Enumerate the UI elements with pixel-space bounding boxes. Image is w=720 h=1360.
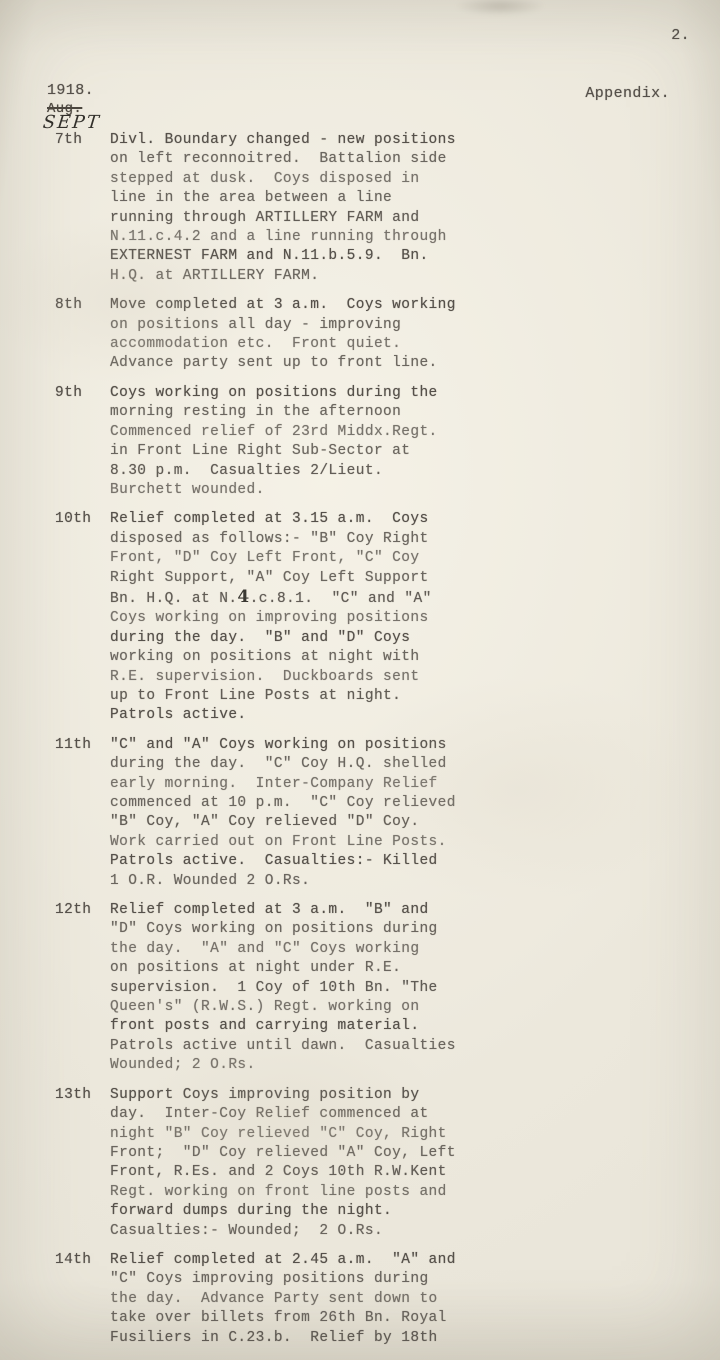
entry-line: during the day. "B" and "D" Coys xyxy=(110,629,530,648)
entry-body: Relief completed at 3 a.m. "B" and"D" Co… xyxy=(110,901,530,1076)
entry-line: Wounded; 2 O.Rs. xyxy=(110,1056,530,1075)
year-label: 1918. xyxy=(47,82,94,99)
entry-line: Queen's" (R.W.S.) Regt. working on xyxy=(110,998,530,1017)
entry-line: "C" Coys improving positions during xyxy=(110,1270,530,1289)
entry-body: Support Coys improving position byday. I… xyxy=(110,1086,530,1241)
entry-line: Regt. working on front line posts and xyxy=(110,1183,530,1202)
entry-line: disposed as follows:- "B" Coy Right xyxy=(110,530,530,549)
entry-line: supervision. 1 Coy of 10th Bn. "The xyxy=(110,979,530,998)
entry-line: H.Q. at ARTILLERY FARM. xyxy=(110,267,530,286)
typed-segment: Bn. H.Q. at N. xyxy=(110,591,237,607)
entry-line: Casualties:- Wounded; 2 O.Rs. xyxy=(110,1222,530,1241)
entry-line: Commenced relief of 23rd Middx.Regt. xyxy=(110,423,530,442)
entry-line: Coys working on improving positions xyxy=(110,609,530,628)
entry-body: Relief completed at 3.15 a.m. Coysdispos… xyxy=(110,510,530,725)
entry-line: take over billets from 26th Bn. Royal xyxy=(110,1309,530,1328)
entry-line: Front; "D" Coy relieved "A" Coy, Left xyxy=(110,1144,530,1163)
entry-line: Patrols active. xyxy=(110,706,530,725)
entry-line: on positions at night under R.E. xyxy=(110,959,530,978)
entry-line: 1 O.R. Wounded 2 O.Rs. xyxy=(110,872,530,891)
entry-line: early morning. Inter-Company Relief xyxy=(110,775,530,794)
entry-line: "C" and "A" Coys working on positions xyxy=(110,736,530,755)
entry-line: working on positions at night with xyxy=(110,648,530,667)
entry-line: commenced at 10 p.m. "C" Coy relieved xyxy=(110,794,530,813)
entry-line: Relief completed at 2.45 a.m. "A" and xyxy=(110,1251,530,1270)
diary-entries: 7th Divl. Boundary changed - new positio… xyxy=(0,131,720,1358)
entry-line: Advance party sent up to front line. xyxy=(110,354,530,373)
entry-body: Coys working on positions during themorn… xyxy=(110,384,530,500)
entry-line: R.E. supervision. Duckboards sent xyxy=(110,668,530,687)
diary-entry: 10th Relief completed at 3.15 a.m. Coysd… xyxy=(0,510,720,725)
entry-body: "C" and "A" Coys working on positionsdur… xyxy=(110,736,530,891)
entry-line: 8.30 p.m. Casualties 2/Lieut. xyxy=(110,462,530,481)
entry-line: Front, R.Es. and 2 Coys 10th R.W.Kent xyxy=(110,1163,530,1182)
diary-entry: 13th Support Coys improving position byd… xyxy=(0,1086,720,1241)
entry-line: during the day. "C" Coy H.Q. shelled xyxy=(110,755,530,774)
entry-line: on positions all day - improving xyxy=(110,316,530,335)
entry-date: 11th xyxy=(0,736,110,755)
handwritten-correction: 4 xyxy=(237,587,249,607)
diary-entry: 14th Relief completed at 2.45 a.m. "A" a… xyxy=(0,1251,720,1348)
entry-line: "B" Coy, "A" Coy relieved "D" Coy. xyxy=(110,813,530,832)
entry-line: EXTERNEST FARM and N.11.b.5.9. Bn. xyxy=(110,247,530,266)
entry-line: day. Inter-Coy Relief commenced at xyxy=(110,1105,530,1124)
entry-line: Support Coys improving position by xyxy=(110,1086,530,1105)
entry-line: Burchett wounded. xyxy=(110,481,530,500)
entry-line: on left reconnoitred. Battalion side xyxy=(110,150,530,169)
diary-entry: 7th Divl. Boundary changed - new positio… xyxy=(0,131,720,286)
document-page: 2. 1918. Aug. SEPT Appendix. 7th Divl. B… xyxy=(0,0,720,1360)
entry-line: Front, "D" Coy Left Front, "C" Coy xyxy=(110,549,530,568)
entry-date: 7th xyxy=(0,131,110,150)
entry-date: 13th xyxy=(0,1086,110,1105)
entry-line: Relief completed at 3 a.m. "B" and xyxy=(110,901,530,920)
entry-line: Fusiliers in C.23.b. Relief by 18th xyxy=(110,1329,530,1348)
diary-entry: 11th "C" and "A" Coys working on positio… xyxy=(0,736,720,891)
entry-line: accommodation etc. Front quiet. xyxy=(110,335,530,354)
entry-body: Divl. Boundary changed - new positionson… xyxy=(110,131,530,286)
entry-line: in Front Line Right Sub-Sector at xyxy=(110,442,530,461)
entry-body: Move completed at 3 a.m. Coys workingon … xyxy=(110,296,530,374)
entry-line: Coys working on positions during the xyxy=(110,384,530,403)
entry-line: "D" Coys working on positions during xyxy=(110,920,530,939)
page-number: 2. xyxy=(671,27,690,44)
month-handwritten: SEPT xyxy=(42,112,102,133)
entry-line: running through ARTILLERY FARM and xyxy=(110,209,530,228)
entry-line: Divl. Boundary changed - new positions xyxy=(110,131,530,150)
entry-body: Relief completed at 2.45 a.m. "A" and"C"… xyxy=(110,1251,530,1348)
entry-date: 14th xyxy=(0,1251,110,1270)
entry-line: Work carried out on Front Line Posts. xyxy=(110,833,530,852)
entry-line: the day. Advance Party sent down to xyxy=(110,1290,530,1309)
entry-line: Relief completed at 3.15 a.m. Coys xyxy=(110,510,530,529)
entry-date: 8th xyxy=(0,296,110,315)
entry-line: forward dumps during the night. xyxy=(110,1202,530,1221)
entry-date: 10th xyxy=(0,510,110,529)
diary-entry: 12th Relief completed at 3 a.m. "B" and"… xyxy=(0,901,720,1076)
entry-line: Patrols active until dawn. Casualties xyxy=(110,1037,530,1056)
entry-line: line in the area between a line xyxy=(110,189,530,208)
diary-entry: 8th Move completed at 3 a.m. Coys workin… xyxy=(0,296,720,374)
entry-line: night "B" Coy relieved "C" Coy, Right xyxy=(110,1125,530,1144)
typed-segment: .c.8.1. "C" and "A" xyxy=(250,591,432,607)
entry-line: Patrols active. Casualties:- Killed xyxy=(110,852,530,871)
entry-line: N.11.c.4.2 and a line running through xyxy=(110,228,530,247)
entry-line: front posts and carrying material. xyxy=(110,1017,530,1036)
entry-line: stepped at dusk. Coys disposed in xyxy=(110,170,530,189)
entry-line: up to Front Line Posts at night. xyxy=(110,687,530,706)
entry-date: 12th xyxy=(0,901,110,920)
appendix-label: Appendix. xyxy=(585,85,670,102)
entry-line: Right Support, "A" Coy Left Support xyxy=(110,569,530,588)
entry-line: Move completed at 3 a.m. Coys working xyxy=(110,296,530,315)
entry-line: Bn. H.Q. at N.4.c.8.1. "C" and "A" xyxy=(110,588,530,609)
diary-entry: 9th Coys working on positions during the… xyxy=(0,384,720,500)
entry-line: morning resting in the afternoon xyxy=(110,403,530,422)
entry-date: 9th xyxy=(0,384,110,403)
entry-line: the day. "A" and "C" Coys working xyxy=(110,940,530,959)
